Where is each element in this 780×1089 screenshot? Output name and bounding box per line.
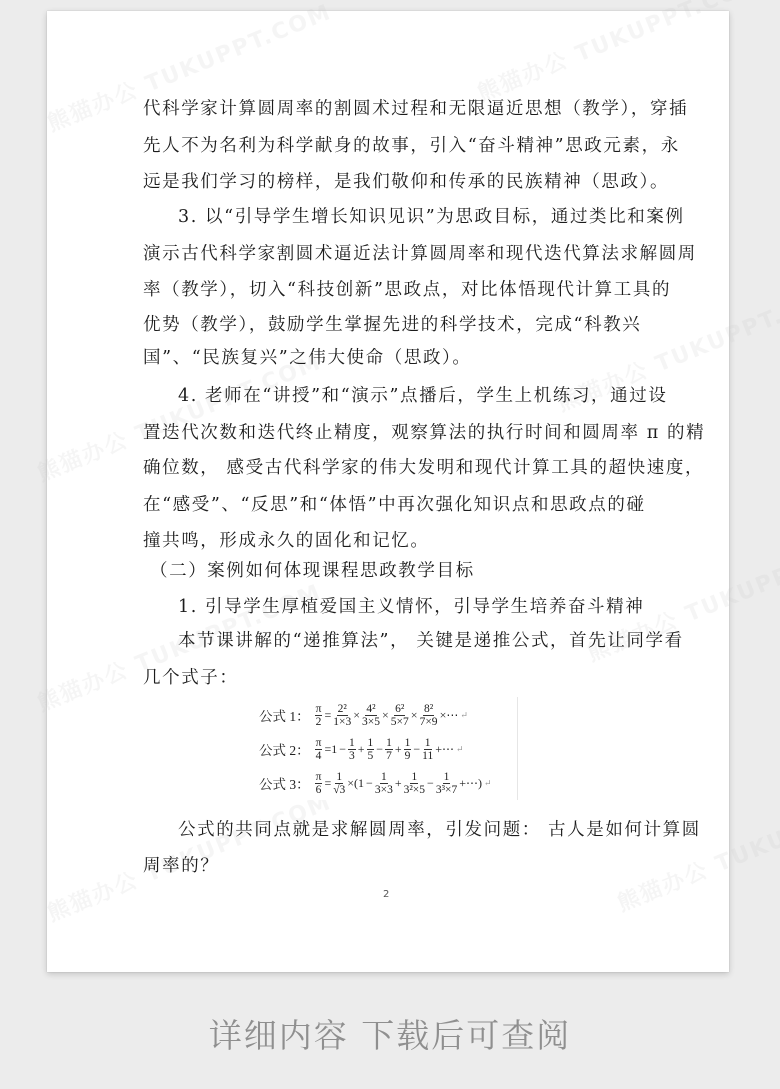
fraction: 13×3 [375,771,393,796]
text-line: 撞共鸣，形成永久的固化和记忆。 [143,529,430,553]
formula-label: 公式 3： [259,773,310,793]
section-heading: （二）案例如何体现课程思政教学目标 [150,559,475,583]
text-line: 率（教学），切入“科技创新”思政点，对比体悟现代计算工具的 [143,278,671,302]
watermark: 熊猫办公 TUKUPPT.COM [472,0,766,108]
formula-2: 公式 2： π4 =1 − 13 + 15 − 17 + 19 − 111 +⋯… [259,733,464,765]
text-line: 演示古代科学家割圆术逼近法计算圆周率和现代迭代算法求解圆周 [143,242,697,266]
text-line: 国”、“民族复兴”之伟大使命（思政）。 [143,346,472,370]
text-line: 先人不为名利为科学献身的故事，引入“奋斗精神”思政元素，永 [143,134,680,158]
fraction: π6 [315,771,323,796]
text-line: 3. 以“引导学生增长知识见识”为思政目标，通过类比和案例 [178,205,685,229]
fraction: 2²1×3 [333,703,351,728]
fraction: 17 [385,737,393,762]
formula-label: 公式 2： [259,739,310,759]
text-line: 4. 老师在“讲授”和“演示”点播后，学生上机练习，通过设 [178,384,667,408]
formula-1: 公式 1： π2 = 2²1×3 × 4²3×5 × 6²5×7 × 8²7×9… [259,699,468,731]
text-line: 周率的？ [143,854,219,878]
text-line: 几个式子： [143,666,239,690]
formula-image: 公式 1： π2 = 2²1×3 × 4²3×5 × 6²5×7 × 8²7×9… [253,697,518,800]
fraction: 8²7×9 [420,703,438,728]
document-page: 熊猫办公 TUKUPPT.COM 熊猫办公 TUKUPPT.COM 熊猫办公 T… [47,11,729,972]
text-line: 确位数， 感受古代科学家的伟大发明和现代计算工具的超快速度， [143,456,704,480]
fraction: 4²3×5 [362,703,380,728]
fraction: 13 [348,737,356,762]
fraction: 13³×7 [436,771,457,796]
return-mark-icon: ↵ [456,744,464,755]
return-mark-icon: ↵ [460,710,468,721]
fraction: 13²×5 [404,771,425,796]
text-line: 远是我们学习的榜样，是我们敬仰和传承的民族精神（思政）。 [143,170,669,194]
fraction: 1√3 [333,771,345,796]
watermark: 熊猫办公 TUKUPPT.COM [612,775,780,918]
fraction: π4 [315,737,323,762]
fraction: π2 [315,703,323,728]
text-line: 公式的共同点就是求解圆周率，引发问题： 古人是如何计算圆 [178,818,701,842]
formula-label: 公式 1： [259,705,310,725]
text-line: 置迭代次数和迭代终止精度，观察算法的执行时间和圆周率 π 的精 [143,421,705,445]
fraction: 111 [422,737,433,762]
fraction: 19 [404,737,412,762]
text-line: 本节课讲解的“递推算法”， 关键是递推公式，首先让同学看 [178,629,684,653]
download-prompt-banner: 详细内容 下载后可查阅 [0,1010,780,1057]
text-line: 代科学家计算圆周率的割圆术过程和无限逼近思想（教学），穿插 [143,97,688,121]
formula-3: 公式 3： π6 = 1√3 ×(1 − 13×3 + 13²×5 − 13³×… [259,767,492,799]
text-line: 优势（教学），鼓励学生掌握先进的科学技术，完成“科教兴 [143,313,641,337]
text-line: 1. 引导学生厚植爱国主义情怀，引导学生培养奋斗精神 [178,595,644,619]
fraction: 6²5×7 [391,703,409,728]
page-number: 2 [383,889,389,900]
text-line: 在“感受”、“反思”和“体悟”中再次强化知识点和思政点的碰 [143,493,646,517]
fraction: 15 [367,737,375,762]
return-mark-icon: ↵ [484,778,492,789]
